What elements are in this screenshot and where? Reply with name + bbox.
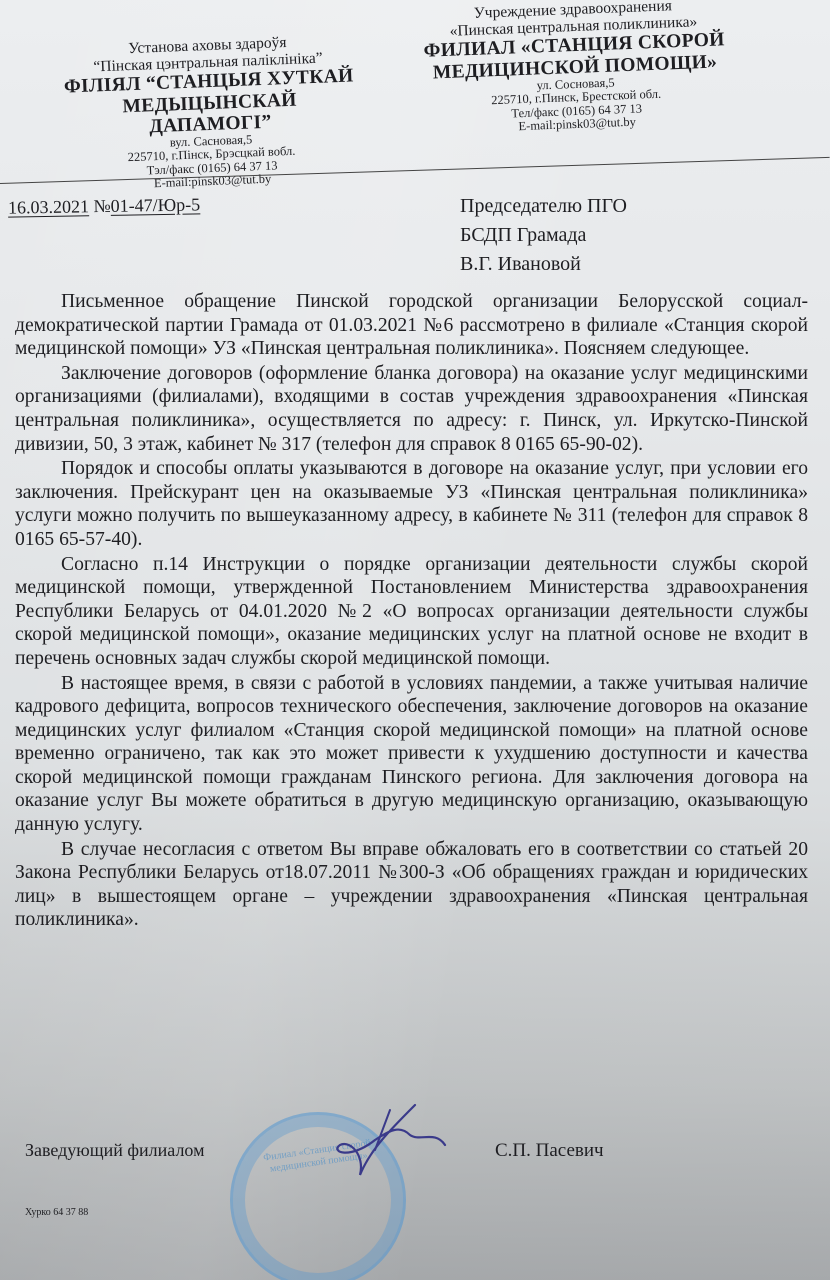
addressee-block: Председателю ПГО БСДП Грамада В.Г. Ивано… (460, 192, 627, 279)
body-paragraph: Заключение договоров (оформление бланка … (15, 362, 808, 456)
letterhead-belarusian: Установа аховы здароўя “Пінская цэнтраль… (57, 32, 363, 194)
addressee-line: В.Г. Ивановой (460, 250, 627, 279)
reference-number-sign: № (93, 196, 111, 216)
reference-date: 16.03.2021 (8, 196, 89, 217)
body-paragraph: В настоящее время, в связи с работой в у… (15, 672, 808, 837)
letterhead-russian: Учреждение здравоохранения «Пинская цент… (408, 0, 743, 138)
signatory-name: С.П. Пасевич (495, 1140, 604, 1162)
letter-body: Письменное обращение Пинской городской о… (15, 290, 808, 932)
body-paragraph: Порядок и способы оплаты указываются в д… (15, 457, 808, 551)
body-paragraph: Согласно п.14 Инструкции о порядке орган… (15, 553, 808, 671)
handwritten-signature-icon (320, 1100, 460, 1180)
addressee-line: БСДП Грамада (460, 221, 627, 250)
reference-line: 16.03.2021 №01-47/Юр-5 (8, 194, 201, 218)
addressee-line: Председателю ПГО (460, 192, 627, 221)
executor-contact: Хурко 64 37 88 (25, 1207, 88, 1218)
body-paragraph: Письменное обращение Пинской городской о… (15, 290, 808, 361)
body-paragraph: В случае несогласия с ответом Вы вправе … (15, 838, 808, 932)
reference-number: 01-47/Юр-5 (111, 194, 201, 216)
signatory-position: Заведующий филиалом (25, 1140, 204, 1161)
